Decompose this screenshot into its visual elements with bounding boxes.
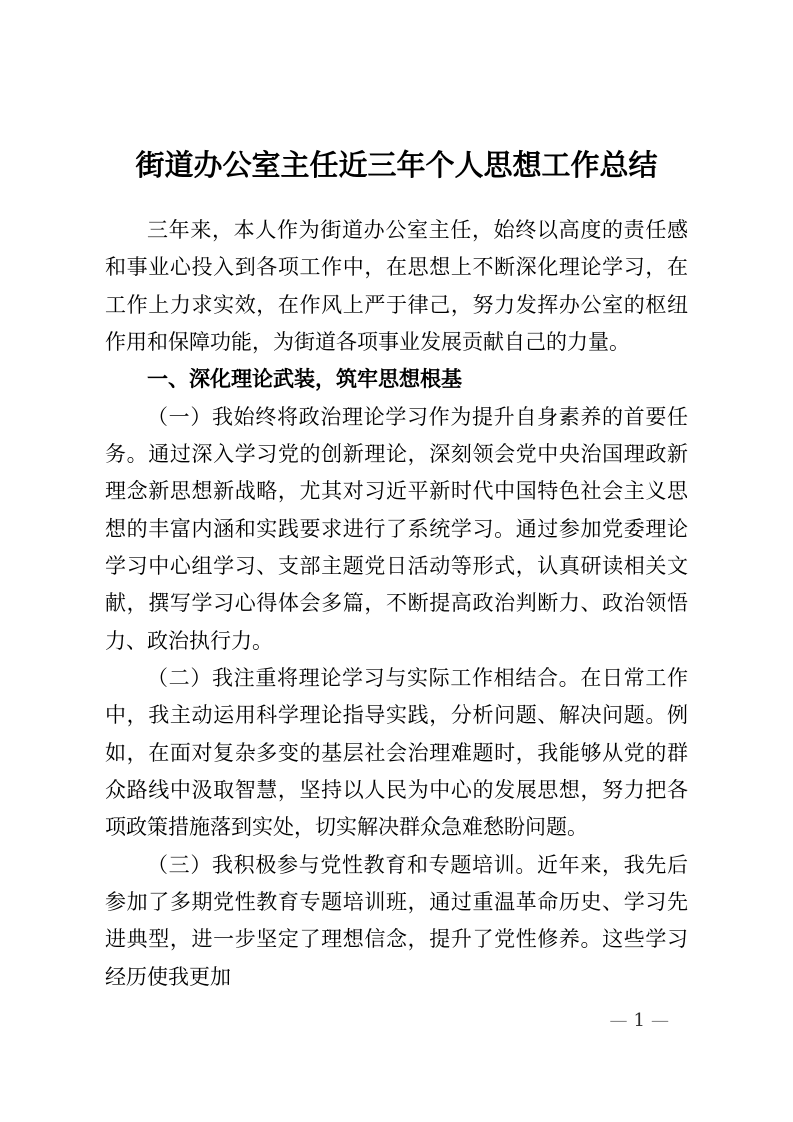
paragraph-item-3: （三）我积极参与党性教育和专题培训。近年来，我先后参加了多期党性教育专题培训班，… <box>105 847 688 996</box>
paragraph-item-3-lead: （三）我积极参与党性教育和专题培训。 <box>147 853 537 877</box>
intro-paragraph: 三年来，本人作为街道办公室主任，始终以高度的责任感和事业心投入到各项工作中，在思… <box>105 212 688 361</box>
paragraph-item-2: （二）我注重将理论学习与实际工作相结合。在日常工作中，我主动运用科学理论指导实践… <box>105 660 688 847</box>
page-number-dash-right: — <box>645 1010 675 1031</box>
paragraph-item-2-lead: （二）我注重将理论学习与实际工作相结合。 <box>147 666 580 690</box>
page-number-value: 1 <box>634 1010 645 1031</box>
document-page: 街道办公室主任近三年个人思想工作总结 三年来，本人作为街道办公室主任，始终以高度… <box>0 0 793 1122</box>
document-title: 街道办公室主任近三年个人思想工作总结 <box>105 143 688 187</box>
document-body: 三年来，本人作为街道办公室主任，始终以高度的责任感和事业心投入到各项工作中，在思… <box>105 212 688 996</box>
page-number: —1— <box>604 1008 675 1034</box>
paragraph-item-1-text: 通过深入学习党的创新理论，深刻领会党中央治国理政新理念新思想新战略，尤其对习近平… <box>105 442 688 653</box>
paragraph-item-1: （一）我始终将政治理论学习作为提升自身素养的首要任务。通过深入学习党的创新理论，… <box>105 399 688 660</box>
section-heading-1: 一、深化理论武装，筑牢思想根基 <box>105 361 688 398</box>
page-number-dash-left: — <box>604 1010 634 1031</box>
paragraph-item-2-text: 在日常工作中，我主动运用科学理论指导实践，分析问题、解决问题。例如，在面对复杂多… <box>105 666 688 839</box>
